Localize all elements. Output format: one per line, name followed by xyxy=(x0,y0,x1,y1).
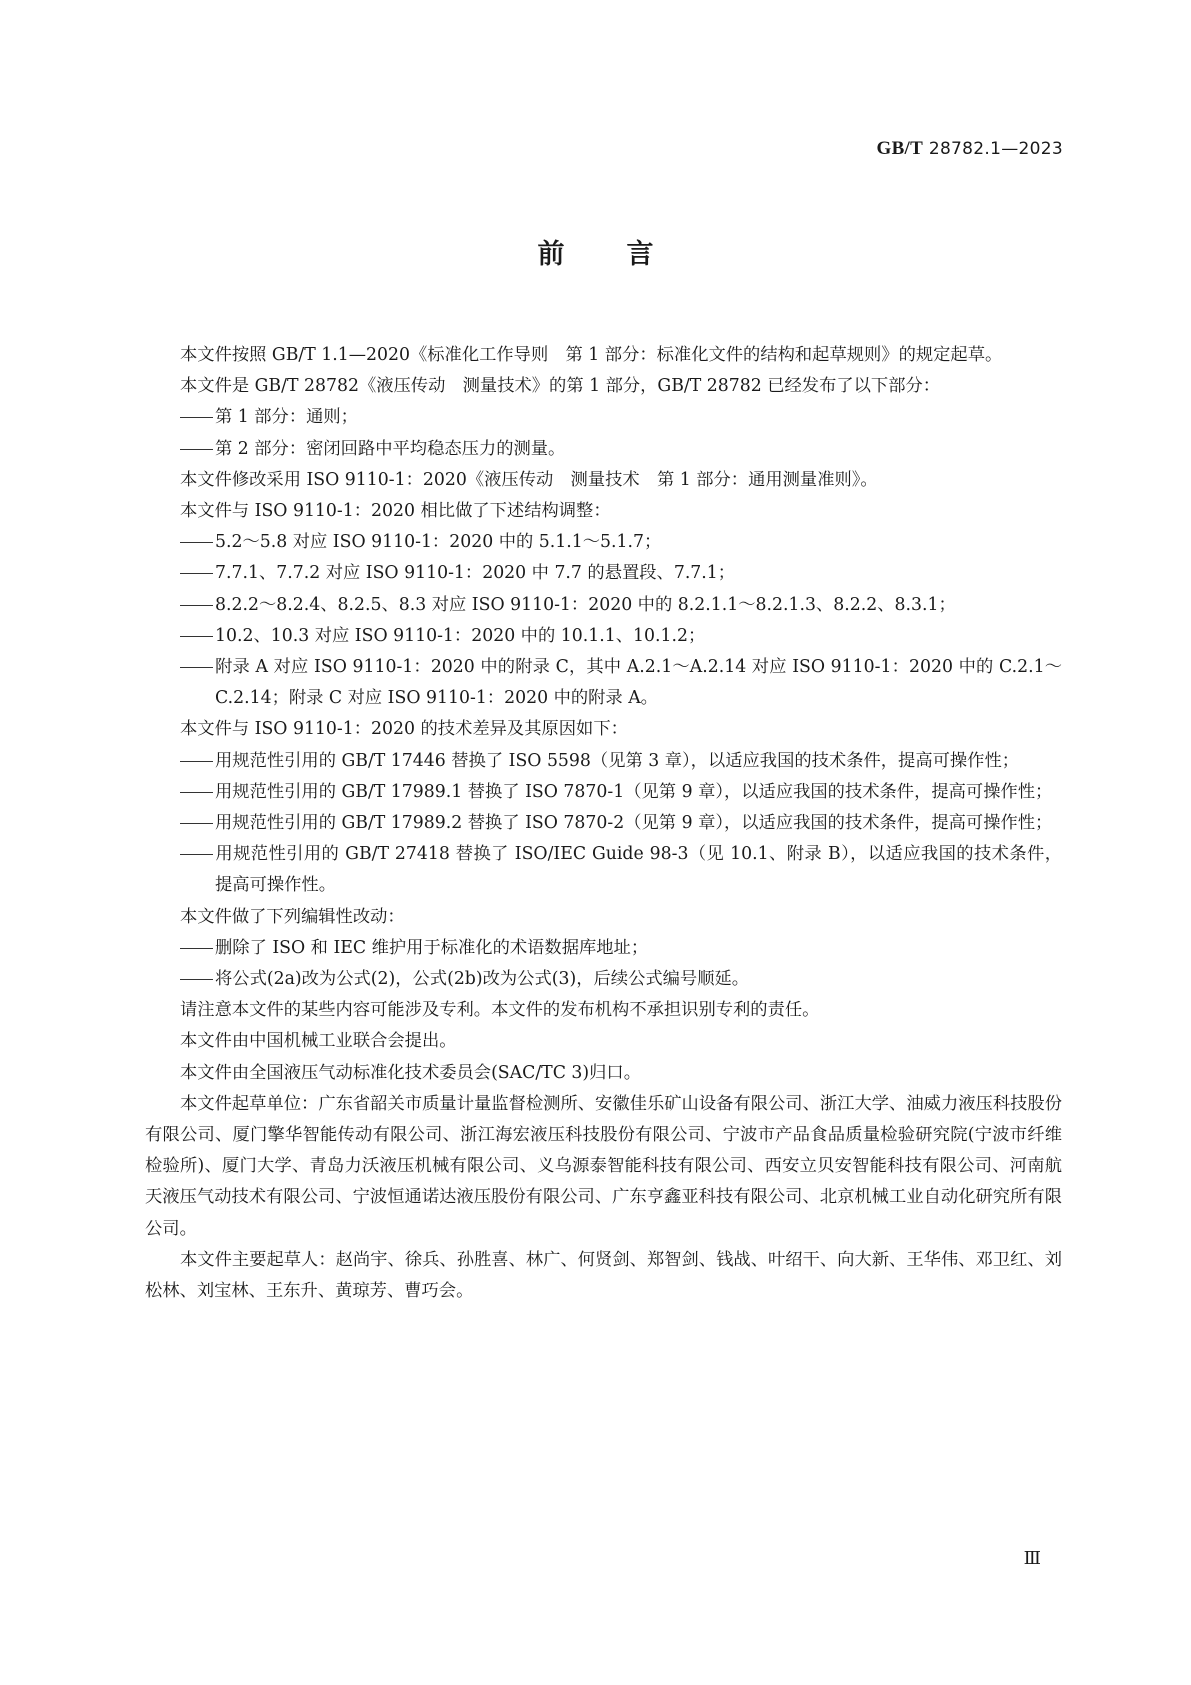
standard-prefix: GB/T xyxy=(877,138,924,159)
page-number: Ⅲ xyxy=(1024,1548,1041,1569)
em-dash-marker xyxy=(180,558,215,589)
list-item-text: 附录 A 对应 ISO 9110-1：2020 中的附录 C，其中 A.2.1～… xyxy=(215,657,1062,708)
list-item-text: 将公式(2a)改为公式(2)，公式(2b)改为公式(3)，后续公式编号顺延。 xyxy=(215,969,749,989)
list-item-text: 5.2～5.8 对应 ISO 9110-1：2020 中的 5.1.1～5.1.… xyxy=(215,532,661,552)
dash-list-item: 用规范性引用的 GB/T 17989.1 替换了 ISO 7870-1（见第 9… xyxy=(145,777,1062,808)
em-dash-marker xyxy=(180,777,215,808)
em-dash-marker xyxy=(180,964,215,995)
paragraph: 本文件起草单位：广东省韶关市质量计量监督检测所、安徽佳乐矿山设备有限公司、浙江大… xyxy=(145,1089,1062,1245)
paragraph: 请注意本文件的某些内容可能涉及专利。本文件的发布机构不承担识别专利的责任。 xyxy=(145,995,1062,1026)
list-item-text: 第 1 部分：通则； xyxy=(215,407,358,427)
em-dash-marker xyxy=(180,808,215,839)
list-item-text: 用规范性引用的 GB/T 17989.1 替换了 ISO 7870-1（见第 9… xyxy=(215,782,1052,802)
dash-list-item: 第 1 部分：通则； xyxy=(145,402,1062,433)
dash-list-item: 10.2、10.3 对应 ISO 9110-1：2020 中的 10.1.1、1… xyxy=(145,621,1062,652)
dash-list-item: 8.2.2～8.2.4、8.2.5、8.3 对应 ISO 9110-1：2020… xyxy=(145,590,1062,621)
em-dash-marker xyxy=(180,621,215,652)
paragraph: 本文件与 ISO 9110-1：2020 的技术差异及其原因如下： xyxy=(145,714,1062,745)
list-item-text: 第 2 部分：密闭回路中平均稳态压力的测量。 xyxy=(215,439,565,459)
em-dash-marker xyxy=(180,527,215,558)
list-item-text: 用规范性引用的 GB/T 27418 替换了 ISO/IEC Guide 98-… xyxy=(215,844,1062,895)
standard-number: 28782.1—2023 xyxy=(929,139,1063,159)
em-dash-marker xyxy=(180,839,215,870)
em-dash-marker xyxy=(180,434,215,465)
dash-list-item: 第 2 部分：密闭回路中平均稳态压力的测量。 xyxy=(145,434,1062,465)
paragraph: 本文件主要起草人：赵尚宇、徐兵、孙胜喜、林广、何贤剑、郑智剑、钱战、叶绍干、向大… xyxy=(145,1245,1062,1307)
dash-list-item: 用规范性引用的 GB/T 27418 替换了 ISO/IEC Guide 98-… xyxy=(145,839,1062,901)
list-item-text: 用规范性引用的 GB/T 17446 替换了 ISO 5598（见第 3 章），… xyxy=(215,751,1019,771)
list-item-text: 8.2.2～8.2.4、8.2.5、8.3 对应 ISO 9110-1：2020… xyxy=(215,595,956,615)
foreword-body: 本文件按照 GB/T 1.1—2020《标准化工作导则 第 1 部分：标准化文件… xyxy=(145,340,1062,1307)
list-item-text: 7.7.1、7.7.2 对应 ISO 9110-1：2020 中 7.7 的悬置… xyxy=(215,563,735,583)
paragraph: 本文件与 ISO 9110-1：2020 相比做了下述结构调整： xyxy=(145,496,1062,527)
document-code-header: GB/T 28782.1—2023 xyxy=(877,138,1064,160)
list-item-text: 10.2、10.3 对应 ISO 9110-1：2020 中的 10.1.1、1… xyxy=(215,626,705,646)
em-dash-marker xyxy=(180,652,215,683)
dash-list-item: 将公式(2a)改为公式(2)，公式(2b)改为公式(3)，后续公式编号顺延。 xyxy=(145,964,1062,995)
dash-list-item: 5.2～5.8 对应 ISO 9110-1：2020 中的 5.1.1～5.1.… xyxy=(145,527,1062,558)
em-dash-marker xyxy=(180,933,215,964)
dash-list-item: 用规范性引用的 GB/T 17989.2 替换了 ISO 7870-2（见第 9… xyxy=(145,808,1062,839)
paragraph: 本文件修改采用 ISO 9110-1：2020《液压传动 测量技术 第 1 部分… xyxy=(145,465,1062,496)
dash-list-item: 7.7.1、7.7.2 对应 ISO 9110-1：2020 中 7.7 的悬置… xyxy=(145,558,1062,589)
list-item-text: 用规范性引用的 GB/T 17989.2 替换了 ISO 7870-2（见第 9… xyxy=(215,813,1052,833)
page-title: 前言 xyxy=(0,232,1191,271)
dash-list-item: 删除了 ISO 和 IEC 维护用于标准化的术语数据库地址； xyxy=(145,933,1062,964)
dash-list-item: 附录 A 对应 ISO 9110-1：2020 中的附录 C，其中 A.2.1～… xyxy=(145,652,1062,714)
paragraph: 本文件由全国液压气动标准化技术委员会(SAC/TC 3)归口。 xyxy=(145,1058,1062,1089)
em-dash-marker xyxy=(180,402,215,433)
em-dash-marker xyxy=(180,590,215,621)
list-item-text: 删除了 ISO 和 IEC 维护用于标准化的术语数据库地址； xyxy=(215,938,648,958)
em-dash-marker xyxy=(180,746,215,777)
paragraph: 本文件是 GB/T 28782《液压传动 测量技术》的第 1 部分，GB/T 2… xyxy=(145,371,1062,402)
paragraph: 本文件由中国机械工业联合会提出。 xyxy=(145,1026,1062,1057)
paragraph: 本文件做了下列编辑性改动： xyxy=(145,902,1062,933)
paragraph: 本文件按照 GB/T 1.1—2020《标准化工作导则 第 1 部分：标准化文件… xyxy=(145,340,1062,371)
dash-list-item: 用规范性引用的 GB/T 17446 替换了 ISO 5598（见第 3 章），… xyxy=(145,746,1062,777)
